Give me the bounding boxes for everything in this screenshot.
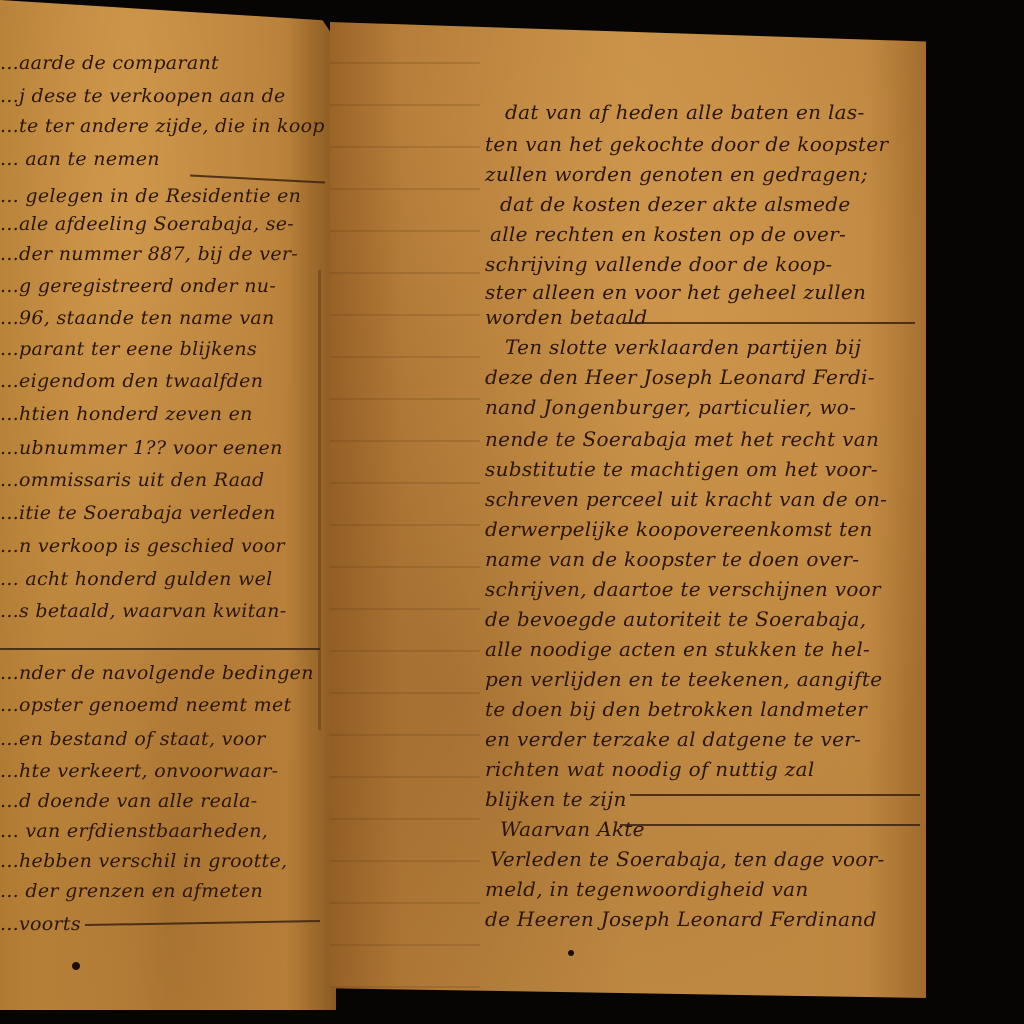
text-line: de bevoegde autoriteit te Soerabaja, <box>485 607 866 631</box>
text-line: ... der grenzen en afmeten <box>0 880 263 902</box>
text-line: ... acht honderd gulden wel <box>0 568 273 590</box>
left-page: ...aarde de comparant ...j dese te verko… <box>0 0 336 1010</box>
text-line: ...htien honderd zeven en <box>0 403 253 425</box>
text-line: ...eigendom den twaalfden <box>0 370 263 392</box>
binding-hole <box>568 950 574 956</box>
text-line: deze den Heer Joseph Leonard Ferdi- <box>485 365 875 389</box>
text-line: richten wat noodig of nuttig zal <box>485 757 815 781</box>
text-line: ...d doende van alle reala- <box>0 790 258 812</box>
text-line: meld, in tegenwoordigheid van <box>485 877 809 901</box>
text-line: ... aan te nemen <box>0 148 160 170</box>
text-line: ...g geregistreerd onder nu- <box>0 275 276 297</box>
ink-bleed-through <box>330 22 480 998</box>
line-fill-rule <box>620 824 920 826</box>
text-line: ...der nummer 887, bij de ver- <box>0 243 298 265</box>
text-line: dat de kosten dezer akte alsmede <box>500 192 850 216</box>
text-line: ...j dese te verkoopen aan de <box>0 85 286 107</box>
text-line: ...itie te Soerabaja verleden <box>0 502 276 524</box>
text-line: schreven perceel uit kracht van de on- <box>485 487 887 511</box>
text-line: ...parant ter eene blijkens <box>0 338 257 360</box>
line-fill-rule <box>85 920 320 926</box>
text-line: de Heeren Joseph Leonard Ferdinand <box>485 907 877 931</box>
text-line: worden betaald <box>485 305 648 329</box>
text-line: ster alleen en voor het geheel zullen <box>485 280 866 304</box>
text-line: ...voorts <box>0 913 81 935</box>
photo-background: ...aarde de comparant ...j dese te verko… <box>0 0 1024 1024</box>
text-line: derwerpelijke koopovereenkomst ten <box>485 517 873 541</box>
right-page: dat van af heden alle baten en las- ten … <box>330 22 926 998</box>
text-line: nende te Soerabaja met het recht van <box>485 427 879 451</box>
text-line: ...aarde de comparant <box>0 52 219 74</box>
text-line: schrijving vallende door de koop- <box>485 252 832 276</box>
line-fill-rule <box>190 174 325 183</box>
text-line: ...n verkoop is geschied voor <box>0 535 285 557</box>
text-line: schrijven, daartoe te verschijnen voor <box>485 577 881 601</box>
text-line: ... van erfdienstbaarheden, <box>0 820 268 842</box>
text-line: ...s betaald, waarvan kwitan- <box>0 600 286 622</box>
text-line: ...hte verkeert, onvoorwaar- <box>0 760 278 782</box>
text-line: en verder terzake al datgene te ver- <box>485 727 861 751</box>
text-line: ...ubnummer 1?? voor eenen <box>0 437 283 459</box>
section-rule <box>0 648 320 650</box>
text-line: nand Jongenburger, particulier, wo- <box>485 395 856 419</box>
text-line: name van de koopster te doen over- <box>485 547 859 571</box>
margin-rule <box>318 270 321 730</box>
binding-hole <box>72 962 80 970</box>
text-line: alle noodige acten en stukken te hel- <box>485 637 870 661</box>
section-heading: Waarvan Akte <box>500 817 645 841</box>
text-line: Ten slotte verklaarden partijen bij <box>505 335 861 359</box>
text-line: ...ommissaris uit den Raad <box>0 469 264 491</box>
text-line: dat van af heden alle baten en las- <box>505 100 865 124</box>
text-line: ...opster genoemd neemt met <box>0 694 291 716</box>
text-line: ...en bestand of staat, voor <box>0 728 266 750</box>
text-line: zullen worden genoten en gedragen; <box>485 162 868 186</box>
text-line: ...nder de navolgende bedingen <box>0 662 314 684</box>
text-line: substitutie te machtigen om het voor- <box>485 457 878 481</box>
text-line: ...96, staande ten name van <box>0 307 275 329</box>
text-line: ...hebben verschil in grootte, <box>0 850 287 872</box>
text-line: ...te ter andere zijde, die in koop <box>0 115 325 137</box>
text-line: te doen bij den betrokken landmeter <box>485 697 867 721</box>
text-line: pen verlijden en te teekenen, aangifte <box>485 667 882 691</box>
text-line: blijken te zijn <box>485 787 627 811</box>
text-line: alle rechten en kosten op de over- <box>490 222 846 246</box>
line-fill-rule <box>625 322 915 324</box>
text-line: Verleden te Soerabaja, ten dage voor- <box>490 847 885 871</box>
line-fill-rule <box>630 794 920 796</box>
text-line: ten van het gekochte door de koopster <box>485 132 888 156</box>
text-line: ...ale afdeeling Soerabaja, se- <box>0 213 294 235</box>
text-line: ... gelegen in de Residentie en <box>0 185 301 207</box>
